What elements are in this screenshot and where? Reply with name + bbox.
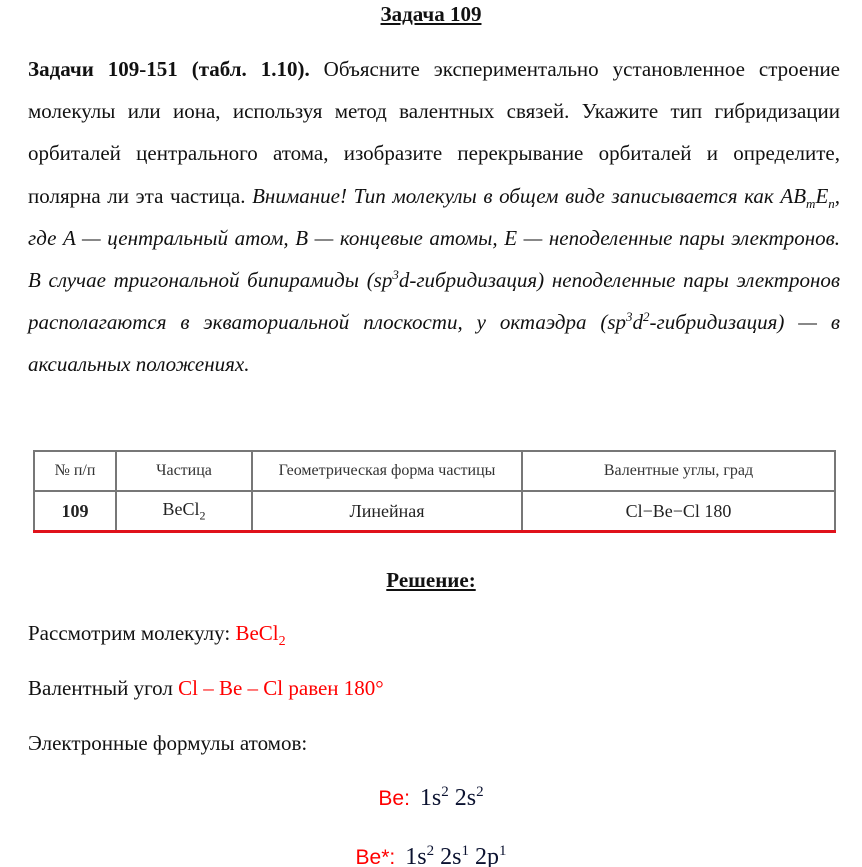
config-be-excited: Be*:1s2 2s1 2p1	[0, 843, 862, 867]
task-statement: Задачи 109-151 (табл. 1.10). Объясните э…	[28, 48, 840, 386]
header-angles: Валентные углы, град	[522, 451, 835, 491]
header-shape: Геометрическая форма частицы	[252, 451, 522, 491]
molecule-line: Рассмотрим молекулу: BeCl2	[28, 621, 286, 650]
cell-angles: Cl−Be−Cl 180	[522, 491, 835, 532]
task-note: Внимание! Тип молекулы в общем виде запи…	[28, 184, 840, 377]
formulas-label: Электронные формулы атомов:	[28, 731, 307, 756]
task-title: Задача 109	[0, 2, 862, 27]
data-table: № п/п Частица Геометрическая форма части…	[33, 450, 836, 533]
table-row: 109 BeCl2 Линейная Cl−Be−Cl 180	[34, 491, 835, 532]
cell-particle: BeCl2	[116, 491, 252, 532]
angle-line: Валентный угол Cl – Be – Cl равен 180°	[28, 676, 384, 701]
cell-num: 109	[34, 491, 116, 532]
cell-shape: Линейная	[252, 491, 522, 532]
angle-value: Cl – Be – Cl равен 180°	[178, 676, 384, 700]
table-header-row: № п/п Частица Геометрическая форма части…	[34, 451, 835, 491]
solution-title: Решение:	[0, 568, 862, 593]
header-particle: Частица	[116, 451, 252, 491]
config-be: Be:1s2 2s2	[0, 784, 862, 812]
header-num: № п/п	[34, 451, 116, 491]
molecule-formula: BeCl2	[235, 621, 285, 645]
task-lead: Задачи 109-151 (табл. 1.10).	[28, 57, 310, 81]
